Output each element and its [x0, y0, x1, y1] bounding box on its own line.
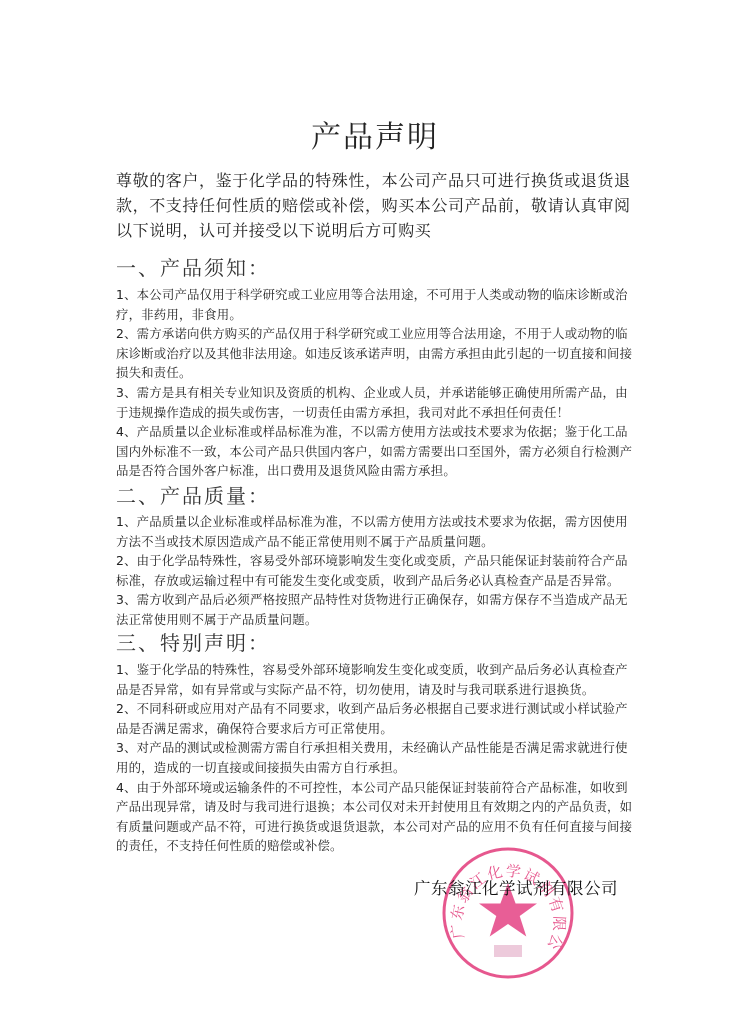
section-body-special-statement: 1、鉴于化学品的特殊性，容易受外部环境影响发生变化或变质，收到产品后务必认真检查… [116, 660, 636, 856]
document-title: 产品声明 [0, 112, 750, 156]
list-item: 3、需方是具有相关专业知识及资质的机构、企业或人员，并承诺能够正确使用所需产品，… [116, 383, 636, 422]
company-signature: 广东翁江化学试剂有限公司 [414, 875, 618, 899]
list-item: 2、不同科研或应用对产品有不同要求，收到产品后务必根据自己要求进行测试或小样试验… [116, 699, 636, 738]
list-item: 2、需方承诺向供方购买的产品仅用于科学研究或工业应用等合法用途，不用于人或动物的… [116, 324, 636, 383]
list-item: 3、需方收到产品后必须严格按照产品特性对货物进行正确保存，如需方保存不当造成产品… [116, 590, 636, 629]
section-heading-product-notice: 一、产品须知： [116, 252, 270, 281]
list-item: 2、由于化学品特殊性，容易受外部环境影响发生变化或变质，产品只能保证封装前符合产… [116, 551, 636, 590]
section-heading-special-statement: 三、特别声明： [116, 627, 270, 656]
intro-paragraph: 尊敬的客户，鉴于化学品的特殊性，本公司产品只可进行换货或退货退款，不支持任何性质… [116, 168, 636, 243]
section-body-product-notice: 1、本公司产品仅用于科学研究或工业应用等合法用途，不可用于人类或动物的临床诊断或… [116, 285, 636, 481]
section-body-product-quality: 1、产品质量以企业标准或样品标准为准，不以需方使用方法或技术要求为依据，需方因使… [116, 512, 636, 630]
list-item: 4、产品质量以企业标准或样品标准为准，不以需方使用方法或技术要求为依据；鉴于化工… [116, 422, 636, 481]
section-heading-product-quality: 二、产品质量： [116, 480, 270, 509]
list-item: 1、产品质量以企业标准或样品标准为准，不以需方使用方法或技术要求为依据，需方因使… [116, 512, 636, 551]
company-seal: 广东翁江化学试剂有限公司 [440, 845, 576, 981]
list-item: 1、本公司产品仅用于科学研究或工业应用等合法用途，不可用于人类或动物的临床诊断或… [116, 285, 636, 324]
list-item: 1、鉴于化学品的特殊性，容易受外部环境影响发生变化或变质，收到产品后务必认真检查… [116, 660, 636, 699]
list-item: 3、对产品的测试或检测需方需自行承担相关费用，未经确认产品性能是否满足需求就进行… [116, 738, 636, 777]
